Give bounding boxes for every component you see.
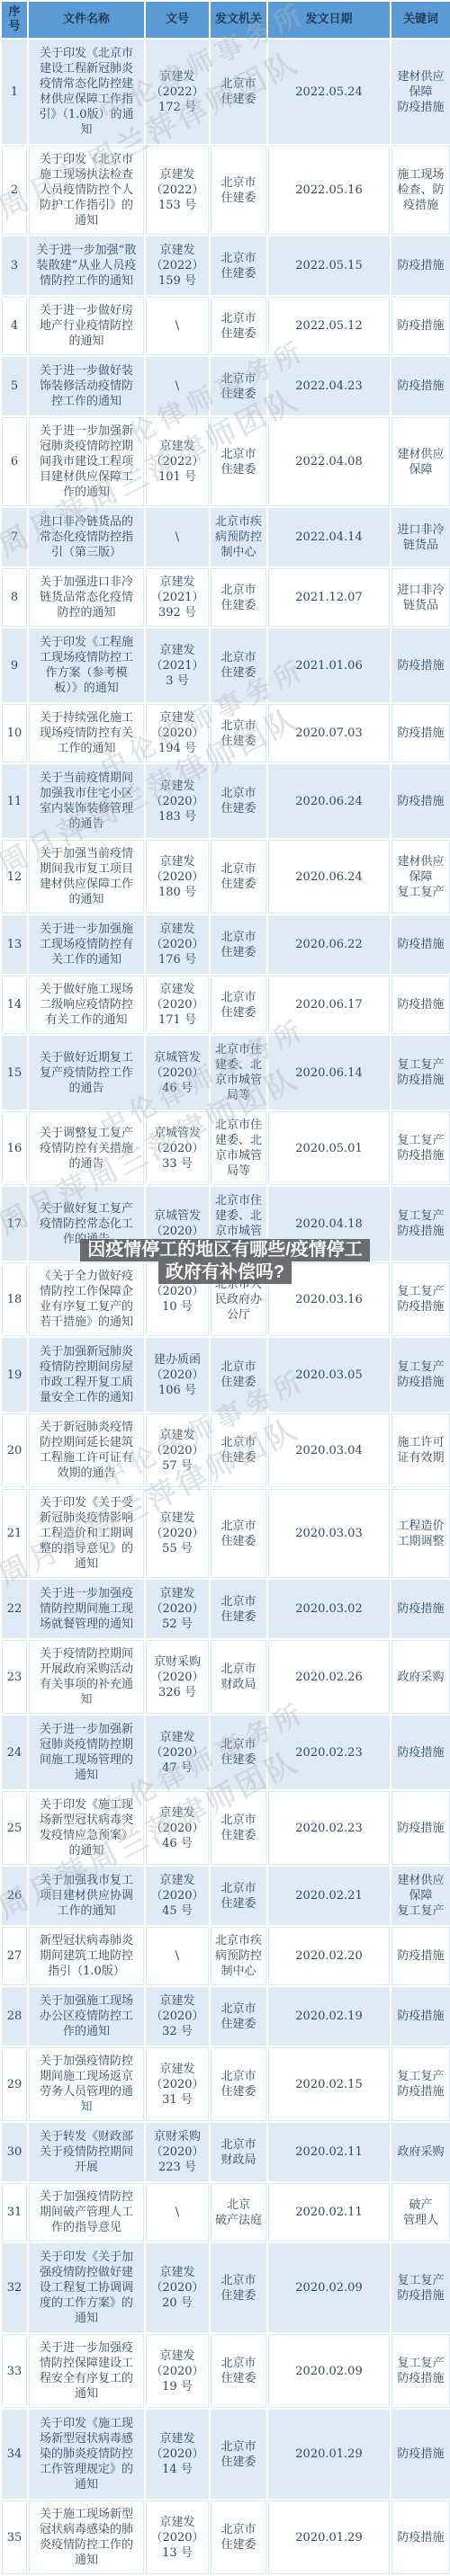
keywords: 防疫措施 (391, 2410, 450, 2499)
doc-number: 京建发 （2020） 46 号 (146, 1791, 209, 1865)
issue-date: 2022.05.24 (268, 40, 390, 144)
row-index: 11 (2, 764, 27, 838)
doc-number: 京建发 （2020） 14 号 (146, 2410, 209, 2499)
keywords: 防疫措施 (391, 1791, 450, 1865)
issuing-authority: 北京市疾 病预防控 制中心 (211, 1927, 266, 1985)
doc-title: 关于加强当前疫情期间我市复工项目建材供应保障工作的通知 (29, 840, 144, 914)
row-index: 7 (2, 508, 27, 566)
issue-date: 2020.06.24 (268, 764, 390, 838)
doc-title: 关于加强新冠肺炎疫情防控期间房屋市政工程开复工质量安全工作的通知 (29, 1338, 144, 1412)
table-row: 16关于调整复工复产疫情防控有关措施的通告京城管发 （2020） 33 号北京市… (2, 1111, 450, 1185)
issuing-authority: 北京市 住建委 (211, 357, 266, 415)
keywords: 复工复产 防疫措施 (391, 1262, 450, 1336)
doc-number: 京建发 （2021） 392 号 (146, 568, 209, 627)
keywords: 防疫措施 (391, 915, 450, 974)
doc-number: 京建发 （2020） 183 号 (146, 764, 209, 838)
keywords: 防疫措施 (391, 2500, 450, 2574)
issue-date: 2020.02.09 (268, 2334, 390, 2408)
table-row: 12关于加强当前疫情期间我市复工项目建材供应保障工作的通知京建发 （2020） … (2, 840, 450, 914)
doc-title: 新型冠状病毒肺炎期间建筑工地防控指引（1.0版） (29, 1927, 144, 1985)
keywords: 复工复产 防疫措施 (391, 2334, 450, 2408)
row-index: 33 (2, 2334, 27, 2408)
row-index: 24 (2, 1716, 27, 1789)
issuing-authority: 北京市 住建委 (211, 1867, 266, 1925)
doc-title: 关于加强疫情防控期间破产管理人工作的指导意见 (29, 2183, 144, 2242)
doc-title: 关于加强我市复工项目建材供应协调工作的通知 (29, 1867, 144, 1925)
issuing-authority: 北京市 住建委 (211, 297, 266, 355)
doc-title: 关于进一步加强新冠肺炎疫情防控期间我市建设工程项目建材供应保障工作的通知 (29, 417, 144, 506)
issue-date: 2020.05.01 (268, 1111, 390, 1185)
issue-date: 2020.06.22 (268, 915, 390, 974)
doc-title: 关于进一步加强疫情防控期间施工现场就餐管理的通知 (29, 1580, 144, 1638)
doc-title: 关于印发《北京市建设工程新冠肺炎疫情常态化防控建材供应保障工作指引》（1.0版）… (29, 40, 144, 144)
doc-title: 关于印发《关于受新冠肺炎疫情影响工程造价和工期调整的指导意见》的通知 (29, 1489, 144, 1578)
keywords: 施工许可 证有效期 (391, 1413, 450, 1487)
row-index: 20 (2, 1413, 27, 1487)
issue-date: 2020.02.20 (268, 1927, 390, 1985)
row-index: 15 (2, 1036, 27, 1110)
row-index: 27 (2, 1927, 27, 1985)
issue-date: 2020.01.29 (268, 2500, 390, 2574)
doc-number: 京城管发 （2020） (146, 1187, 209, 1261)
doc-number: 建办质函 （2020） 106 号 (146, 1338, 209, 1412)
doc-number: 京建发 （2020） 57 号 (146, 1413, 209, 1487)
doc-number: 京建发 （2020） 31 号 (146, 2047, 209, 2121)
issue-date: 2020.07.03 (268, 704, 390, 762)
table-row: 4关于进一步做好房地产行业疫情防控的通知\北京市 住建委2022.05.12防疫… (2, 297, 450, 355)
doc-title: 关于加强疫情防控期间施工现场返京劳务人员管理的通知 (29, 2047, 144, 2121)
doc-title: 关于进一步做好房地产行业疫情防控的通知 (29, 297, 144, 355)
table-row: 9关于印发《工程施工现场疫情防控工作方案（参考模板）》的通知京建发 （2021）… (2, 628, 450, 702)
issuing-authority: 北京市 住建委 (211, 1338, 266, 1412)
row-index: 22 (2, 1580, 27, 1638)
issuing-authority: 北京市 住建委 (211, 840, 266, 914)
keywords: 防疫措施 (391, 1987, 450, 2046)
table-row: 15关于做好近期复工复产疫情防控工作的通告京城管发 （2020） 46 号北京市… (2, 1036, 450, 1110)
row-index: 21 (2, 1489, 27, 1578)
table-row: 27新型冠状病毒肺炎期间建筑工地防控指引（1.0版）\北京市疾 病预防控 制中心… (2, 1927, 450, 1985)
issuing-authority: 北京市 财政局 (211, 2123, 266, 2181)
issuing-authority: 北京市 住建委 (211, 1580, 266, 1638)
row-index: 2 (2, 146, 27, 235)
keywords: 防疫措施 (391, 1927, 450, 1985)
keywords: 政府采购 (391, 2123, 450, 2181)
doc-number: 京建发 （2020） 47 号 (146, 1716, 209, 1789)
table-row: 5关于进一步做好装饰装修活动疫情防控工作的通知\北京市 住建委2022.04.2… (2, 357, 450, 415)
doc-number: 京建发 （2022） 159 号 (146, 236, 209, 295)
doc-number: \ (146, 1927, 209, 1985)
table-row: 22关于进一步加强疫情防控期间施工现场就餐管理的通知京建发 （2020） 52 … (2, 1580, 450, 1638)
col-header-authority: 发文机关 (211, 2, 266, 38)
issue-date: 2020.03.05 (268, 1338, 390, 1412)
doc-number: 京建发 （2022） 172 号 (146, 40, 209, 144)
doc-number: 京建发 （2020） 176 号 (146, 915, 209, 974)
table-row: 13关于进一步加强施工现场疫情防控有关工作的通知京建发 （2020） 176 号… (2, 915, 450, 974)
issuing-authority: 北京市人 民政府办 公厅 (211, 1262, 266, 1336)
doc-number: 京建发 （2020） 13 号 (146, 2500, 209, 2574)
doc-number: \ (146, 2183, 209, 2242)
doc-title: 关于进一步加强新冠肺炎疫情防控期间施工现场管理的通知 (29, 1716, 144, 1789)
policy-table: 序号 文件名称 文号 发文机关 发文日期 关键词 1关于印发《北京市建设工程新冠… (0, 0, 450, 2576)
doc-title: 关于调整复工复产疫情防控有关措施的通告 (29, 1111, 144, 1185)
table-row: 2关于印发《北京市施工现场执法检查人员疫情防控个人防护工作指引》的通知京建发 （… (2, 146, 450, 235)
issuing-authority: 北京市 住建委 (211, 2500, 266, 2574)
doc-number: 京建发 （2022） 153 号 (146, 146, 209, 235)
keywords: 复工复产 防疫措施 (391, 1338, 450, 1412)
doc-title: 关于印发《工程施工现场疫情防控工作方案（参考模板）》的通知 (29, 628, 144, 702)
keywords: 复工复产 防疫措施 (391, 1187, 450, 1261)
doc-title: 《关于全力做好疫情防控工作保障企业有序复工复产的若干措施》的通知 (29, 1262, 144, 1336)
issuing-authority: 北京市 住建委 (211, 2410, 266, 2499)
doc-number: 京建发 （2021） 3 号 (146, 628, 209, 702)
doc-number: 京城管发 （2020） 46 号 (146, 1036, 209, 1110)
table-row: 21关于印发《关于受新冠肺炎疫情影响工程造价和工期调整的指导意见》的通知京建发 … (2, 1489, 450, 1578)
issuing-authority: 北京市 住建委 (211, 976, 266, 1034)
doc-number: 京财采购 （2020） 326 号 (146, 1640, 209, 1714)
doc-number: 京建发 （2020） 20 号 (146, 2243, 209, 2332)
keywords: 防疫措施 (391, 297, 450, 355)
keywords: 工程造价 工期调整 (391, 1489, 450, 1578)
issue-date: 2020.02.15 (268, 2047, 390, 2121)
issuing-authority: 北京市 住建委 (211, 1489, 266, 1578)
keywords: 防疫措施 (391, 976, 450, 1034)
table-row: 28关于加强施工现场办公区疫情防控工作的通知京建发 （2020） 32 号北京市… (2, 1987, 450, 2046)
row-index: 35 (2, 2500, 27, 2574)
issue-date: 2020.02.26 (268, 1640, 390, 1714)
row-index: 1 (2, 40, 27, 144)
issuing-authority: 北京市住 建委、北 京市城管 局等 (211, 1036, 266, 1110)
issuing-authority: 北京市 住建委 (211, 236, 266, 295)
row-index: 6 (2, 417, 27, 506)
doc-number: （2020） 10 号 (146, 1262, 209, 1336)
col-header-index: 序号 (2, 2, 27, 38)
issue-date: 2020.03.02 (268, 1580, 390, 1638)
keywords: 防疫措施 (391, 704, 450, 762)
doc-number: \ (146, 357, 209, 415)
doc-number: 京建发 （2020） 45 号 (146, 1867, 209, 1925)
issue-date: 2020.02.19 (268, 1987, 390, 2046)
row-index: 23 (2, 1640, 27, 1714)
doc-number: 京建发 （2020） 32 号 (146, 1987, 209, 2046)
issuing-authority: 北京市 住建委 (211, 915, 266, 974)
issue-date: 2020.03.03 (268, 1489, 390, 1578)
keywords: 防疫措施 (391, 1716, 450, 1789)
table-row: 20关于新冠肺炎疫情防控期间延长建筑工程施工许可证有效期的通告京建发 （2020… (2, 1413, 450, 1487)
table-row: 6关于进一步加强新冠肺炎疫情防控期间我市建设工程项目建材供应保障工作的通知京建发… (2, 417, 450, 506)
table-row: 1关于印发《北京市建设工程新冠肺炎疫情常态化防控建材供应保障工作指引》（1.0版… (2, 40, 450, 144)
issue-date: 2022.05.16 (268, 146, 390, 235)
row-index: 25 (2, 1791, 27, 1865)
issue-date: 2020.02.23 (268, 1716, 390, 1789)
keywords: 破产 管理人 (391, 2183, 450, 2242)
doc-title: 关于转发《财政部关于疫情防控期间开展 (29, 2123, 144, 2181)
doc-number: 京财采购 （2020） 223 号 (146, 2123, 209, 2181)
table-row: 8关于加强进口非冷链货品常态化疫情防控的通知京建发 （2021） 392 号北京… (2, 568, 450, 627)
doc-title: 关于印发《北京市施工现场执法检查人员疫情防控个人防护工作指引》的通知 (29, 146, 144, 235)
doc-title: 关于做好近期复工复产疫情防控工作的通告 (29, 1036, 144, 1110)
row-index: 5 (2, 357, 27, 415)
row-index: 32 (2, 2243, 27, 2332)
row-index: 28 (2, 1987, 27, 2046)
doc-title: 关于印发《关于加强疫情防控做好建设工程复工协调调度的工作方案》的通知 (29, 2243, 144, 2332)
doc-number: 京城管发 （2020） 33 号 (146, 1111, 209, 1185)
keywords: 进口非冷 链货品 (391, 508, 450, 566)
doc-number: \ (146, 297, 209, 355)
issuing-authority: 北京市 住建委 (211, 146, 266, 235)
keywords: 复工复产 防疫措施 (391, 2243, 450, 2332)
keywords: 复工复产 防疫措施 (391, 1036, 450, 1110)
issue-date: 2022.05.12 (268, 297, 390, 355)
table-row: 31关于加强疫情防控期间破产管理人工作的指导意见\北京 破产法庭2020.02.… (2, 2183, 450, 2242)
doc-title: 关于进一步加强疫情防控保障建设工程安全有序复工的通知 (29, 2334, 144, 2408)
row-index: 13 (2, 915, 27, 974)
issuing-authority: 北京市 住建委 (211, 1987, 266, 2046)
issuing-authority: 北京市 住建委 (211, 1791, 266, 1865)
keywords: 施工现场检查、防疫措施 (391, 146, 450, 235)
row-index: 31 (2, 2183, 27, 2242)
keywords: 进口非冷 链货品 (391, 568, 450, 627)
row-index: 29 (2, 2047, 27, 2121)
table-header-row: 序号 文件名称 文号 发文机关 发文日期 关键词 (2, 2, 450, 38)
table-row: 14关于做好施工现场二级响应疫情防控有关工作的通知京建发 （2020） 171 … (2, 976, 450, 1034)
doc-title: 关于印发《施工现场新型冠状病毒感染的肺炎疫情防控工作管理规定》的通知 (29, 2410, 144, 2499)
issuing-authority: 北京市 住建委 (211, 2047, 266, 2121)
issue-date: 2021.01.06 (268, 628, 390, 702)
table-row: 26关于加强我市复工项目建材供应协调工作的通知京建发 （2020） 45 号北京… (2, 1867, 450, 1925)
issue-date: 2020.02.11 (268, 2123, 390, 2181)
table-row: 30关于转发《财政部关于疫情防控期间开展京财采购 （2020） 223 号北京市… (2, 2123, 450, 2181)
table-row: 34关于印发《施工现场新型冠状病毒感染的肺炎疫情防控工作管理规定》的通知京建发 … (2, 2410, 450, 2499)
doc-title: 关于进一步加强“散装散建”从业人员疫情防控工作的通知 (29, 236, 144, 295)
table-row: 19关于加强新冠肺炎疫情防控期间房屋市政工程开复工质量安全工作的通知建办质函 （… (2, 1338, 450, 1412)
keywords: 防疫措施 (391, 357, 450, 415)
row-index: 8 (2, 568, 27, 627)
table-row: 3关于进一步加强“散装散建”从业人员疫情防控工作的通知京建发 （2022） 15… (2, 236, 450, 295)
issuing-authority: 北京市住 建委、北 京市城管 局等 (211, 1111, 266, 1185)
issue-date: 2020.06.17 (268, 976, 390, 1034)
table-row: 11关于当前疫情期间加强我市住宅小区室内装饰装修管理的通告京建发 （2020） … (2, 764, 450, 838)
issue-date: 2022.04.14 (268, 508, 390, 566)
issue-date: 2022.05.15 (268, 236, 390, 295)
table-row: 23关于疫情防控期间开展政府采购活动有关事项的补充通知京财采购 （2020） 3… (2, 1640, 450, 1714)
keywords: 复工复产 防疫措施 (391, 2047, 450, 2121)
col-header-doc-number: 文号 (146, 2, 209, 38)
doc-title: 关于进一步加强施工现场疫情防控有关工作的通知 (29, 915, 144, 974)
issue-date: 2020.02.21 (268, 1867, 390, 1925)
row-index: 12 (2, 840, 27, 914)
issue-date: 2020.02.23 (268, 1791, 390, 1865)
doc-title: 关于加强施工现场办公区疫情防控工作的通知 (29, 1987, 144, 2046)
issuing-authority: 北京市 住建委 (211, 764, 266, 838)
issuing-authority: 北京市 住建委 (211, 568, 266, 627)
row-index: 4 (2, 297, 27, 355)
row-index: 34 (2, 2410, 27, 2499)
issue-date: 2020.01.29 (268, 2410, 390, 2499)
keywords: 建材供应 保障 (391, 417, 450, 506)
issuing-authority: 北京市 住建委 (211, 1716, 266, 1789)
doc-title: 关于印发《施工现场新型冠状病毒突发疫情应急预案》的通知 (29, 1791, 144, 1865)
issue-date: 2020.06.14 (268, 1036, 390, 1110)
keywords: 防疫措施 (391, 764, 450, 838)
table-row: 10关于持续强化施工现场疫情防控有关工作的通知京建发 （2020） 194 号北… (2, 704, 450, 762)
doc-title: 关于新冠肺炎疫情防控期间延长建筑工程施工许可证有效期的通告 (29, 1413, 144, 1487)
issuing-authority: 北京市住 建委、北 京市城管 局等 (211, 1187, 266, 1261)
issuing-authority: 北京 破产法庭 (211, 2183, 266, 2242)
issuing-authority: 北京市 住建委 (211, 628, 266, 702)
row-index: 18 (2, 1262, 27, 1336)
col-header-date: 发文日期 (268, 2, 390, 38)
table-body: 1关于印发《北京市建设工程新冠肺炎疫情常态化防控建材供应保障工作指引》（1.0版… (2, 40, 450, 2574)
doc-number: 京建发 （2020） 194 号 (146, 704, 209, 762)
table-row: 7进口非冷链货品的常态化疫情防控指引（第三版）\北京市疾 病预防控 制中心202… (2, 508, 450, 566)
row-index: 3 (2, 236, 27, 295)
issuing-authority: 北京市 住建委 (211, 2334, 266, 2408)
doc-number: 京建发 （2020） 19 号 (146, 2334, 209, 2408)
table-row: 25关于印发《施工现场新型冠状病毒突发疫情应急预案》的通知京建发 （2020） … (2, 1791, 450, 1865)
doc-title: 关于进一步做好装饰装修活动疫情防控工作的通知 (29, 357, 144, 415)
issuing-authority: 北京市 住建委 (211, 704, 266, 762)
doc-title: 关于做好复工复产疫情防控常态化工作的通告 (29, 1187, 144, 1261)
table-row: 18《关于全力做好疫情防控工作保障企业有序复工复产的若干措施》的通知（2020）… (2, 1262, 450, 1336)
doc-number: 京建发 （2020） 55 号 (146, 1489, 209, 1578)
row-index: 16 (2, 1111, 27, 1185)
doc-number: 京建发 （2020） 171 号 (146, 976, 209, 1034)
doc-title: 关于疫情防控期间开展政府采购活动有关事项的补充通知 (29, 1640, 144, 1714)
doc-title: 关于做好施工现场二级响应疫情防控有关工作的通知 (29, 976, 144, 1034)
row-index: 9 (2, 628, 27, 702)
row-index: 10 (2, 704, 27, 762)
issue-date: 2020.04.18 (268, 1187, 390, 1261)
issue-date: 2022.04.23 (268, 357, 390, 415)
row-index: 26 (2, 1867, 27, 1925)
doc-number: 京建发 （2022） 101 号 (146, 417, 209, 506)
doc-title: 关于施工现场新型冠状病毒感染的肺炎疫情防控工作的通知 (29, 2500, 144, 2574)
doc-number: \ (146, 508, 209, 566)
policy-document-page: 序号 文件名称 文号 发文机关 发文日期 关键词 1关于印发《北京市建设工程新冠… (0, 0, 450, 2576)
doc-title: 进口非冷链货品的常态化疫情防控指引（第三版） (29, 508, 144, 566)
table-row: 17关于做好复工复产疫情防控常态化工作的通告京城管发 （2020）北京市住 建委… (2, 1187, 450, 1261)
keywords: 防疫措施 (391, 628, 450, 702)
keywords: 防疫措施 (391, 236, 450, 295)
keywords: 建材供应保障 防疫措施 (391, 40, 450, 144)
issuing-authority: 北京市 住建委 (211, 2243, 266, 2332)
table-row: 24关于进一步加强新冠肺炎疫情防控期间施工现场管理的通知京建发 （2020） 4… (2, 1716, 450, 1789)
doc-title: 关于持续强化施工现场疫情防控有关工作的通知 (29, 704, 144, 762)
issuing-authority: 北京市 财政局 (211, 1640, 266, 1714)
keywords: 政府采购 (391, 1640, 450, 1714)
row-index: 19 (2, 1338, 27, 1412)
issuing-authority: 北京市 住建委 (211, 40, 266, 144)
row-index: 17 (2, 1187, 27, 1261)
table-row: 32关于印发《关于加强疫情防控做好建设工程复工协调调度的工作方案》的通知京建发 … (2, 2243, 450, 2332)
issue-date: 2020.03.16 (268, 1262, 390, 1336)
issue-date: 2020.03.04 (268, 1413, 390, 1487)
doc-number: 京建发 （2020） 52 号 (146, 1580, 209, 1638)
issuing-authority: 北京市 住建委 (211, 1413, 266, 1487)
doc-number: 京建发 （2020） 180 号 (146, 840, 209, 914)
issue-date: 2021.12.07 (268, 568, 390, 627)
table-row: 35关于施工现场新型冠状病毒感染的肺炎疫情防控工作的通知京建发 （2020） 1… (2, 2500, 450, 2574)
table-row: 33关于进一步加强疫情防控保障建设工程安全有序复工的通知京建发 （2020） 1… (2, 2334, 450, 2408)
col-header-title: 文件名称 (29, 2, 144, 38)
issuing-authority: 北京市 住建委 (211, 417, 266, 506)
keywords: 复工复产 防疫措施 (391, 1111, 450, 1185)
row-index: 30 (2, 2123, 27, 2181)
table-row: 29关于加强疫情防控期间施工现场返京劳务人员管理的通知京建发 （2020） 31… (2, 2047, 450, 2121)
col-header-keywords: 关键词 (391, 2, 450, 38)
keywords: 建材供应 保障 复工复产 (391, 840, 450, 914)
issue-date: 2020.02.11 (268, 2183, 390, 2242)
issue-date: 2020.06.24 (268, 840, 390, 914)
keywords: 防疫措施 (391, 1580, 450, 1638)
issue-date: 2020.02.09 (268, 2243, 390, 2332)
row-index: 14 (2, 976, 27, 1034)
doc-title: 关于当前疫情期间加强我市住宅小区室内装饰装修管理的通告 (29, 764, 144, 838)
keywords: 建材供应 保障 复工复产 (391, 1867, 450, 1925)
issuing-authority: 北京市疾 病预防控 制中心 (211, 508, 266, 566)
doc-title: 关于加强进口非冷链货品常态化疫情防控的通知 (29, 568, 144, 627)
issue-date: 2022.04.08 (268, 417, 390, 506)
